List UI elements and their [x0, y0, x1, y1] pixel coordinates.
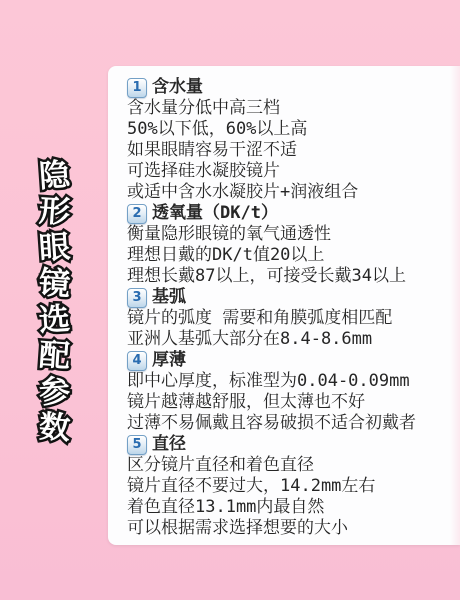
section-diameter: 5 直径 区分镜片直径和着色直径 镜片直径不要过大，14.2mm左右 着色直径1…	[127, 434, 454, 539]
keycap-5-icon: 5	[127, 435, 147, 455]
section-heading: 3 基弧	[127, 287, 454, 308]
title-char: 镜	[37, 265, 70, 303]
body-line: 含水量分低中高三档	[127, 98, 454, 119]
body-line: 镜片直径不要过大，14.2mm左右	[127, 476, 454, 497]
section-heading-label: 直径	[152, 434, 186, 455]
section-base-curve: 3 基弧 镜片的弧度 需要和角膜弧度相匹配 亚洲人基弧大部分在8.4-8.6mm	[127, 287, 454, 350]
body-line: 区分镜片直径和着色直径	[127, 455, 454, 476]
body-line: 着色直径13.1mm内最自然	[127, 497, 454, 518]
title-char: 参	[37, 373, 70, 411]
title-char: 配	[37, 337, 70, 375]
title-char: 数	[37, 409, 70, 447]
body-line: 可以根据需求选择想要的大小	[127, 518, 454, 539]
body-line: 理想日戴的DK/t值20以上	[127, 245, 454, 266]
title-char: 隐	[37, 157, 70, 195]
keycap-3-icon: 3	[127, 288, 147, 308]
title-char: 形	[37, 193, 70, 231]
section-heading: 1 含水量	[127, 77, 454, 98]
section-heading-label: 厚薄	[152, 350, 186, 371]
body-line: 过薄不易佩戴且容易破损不适合初戴者	[127, 413, 454, 434]
section-water-content: 1 含水量 含水量分低中高三档 50%以下低，60%以上高 如果眼睛容易干涩不适…	[127, 77, 454, 203]
body-line: 即中心厚度，标准型为0.04-0.09mm	[127, 371, 454, 392]
keycap-2-icon: 2	[127, 204, 147, 224]
section-heading: 2 透氧量（DK/t）	[127, 203, 454, 224]
keycap-4-icon: 4	[127, 351, 147, 371]
section-oxygen-permeability: 2 透氧量（DK/t） 衡量隐形眼镜的氧气通透性 理想日戴的DK/t值20以上 …	[127, 203, 454, 287]
page-title: 隐 形 眼 镜 选 配 参 数	[0, 0, 108, 600]
content-card: 1 含水量 含水量分低中高三档 50%以下低，60%以上高 如果眼睛容易干涩不适…	[108, 66, 460, 545]
body-line: 如果眼睛容易干涩不适	[127, 140, 454, 161]
section-heading-label: 透氧量（DK/t）	[152, 203, 278, 224]
section-heading: 5 直径	[127, 434, 454, 455]
section-heading: 4 厚薄	[127, 350, 454, 371]
body-line: 可选择硅水凝胶镜片	[127, 161, 454, 182]
body-line: 衡量隐形眼镜的氧气通透性	[127, 224, 454, 245]
keycap-1-icon: 1	[127, 78, 147, 98]
body-line: 或适中含水水凝胶片+润液组合	[127, 182, 454, 203]
section-heading-label: 含水量	[152, 77, 203, 98]
body-line: 50%以下低，60%以上高	[127, 119, 454, 140]
section-heading-label: 基弧	[152, 287, 186, 308]
body-line: 镜片越薄越舒服，但太薄也不好	[127, 392, 454, 413]
section-thickness: 4 厚薄 即中心厚度，标准型为0.04-0.09mm 镜片越薄越舒服，但太薄也不…	[127, 350, 454, 434]
body-line: 镜片的弧度 需要和角膜弧度相匹配	[127, 308, 454, 329]
body-line: 亚洲人基弧大部分在8.4-8.6mm	[127, 329, 454, 350]
title-char: 眼	[37, 229, 70, 267]
body-line: 理想长戴87以上，可接受长戴34以上	[127, 266, 454, 287]
title-char: 选	[37, 301, 70, 339]
